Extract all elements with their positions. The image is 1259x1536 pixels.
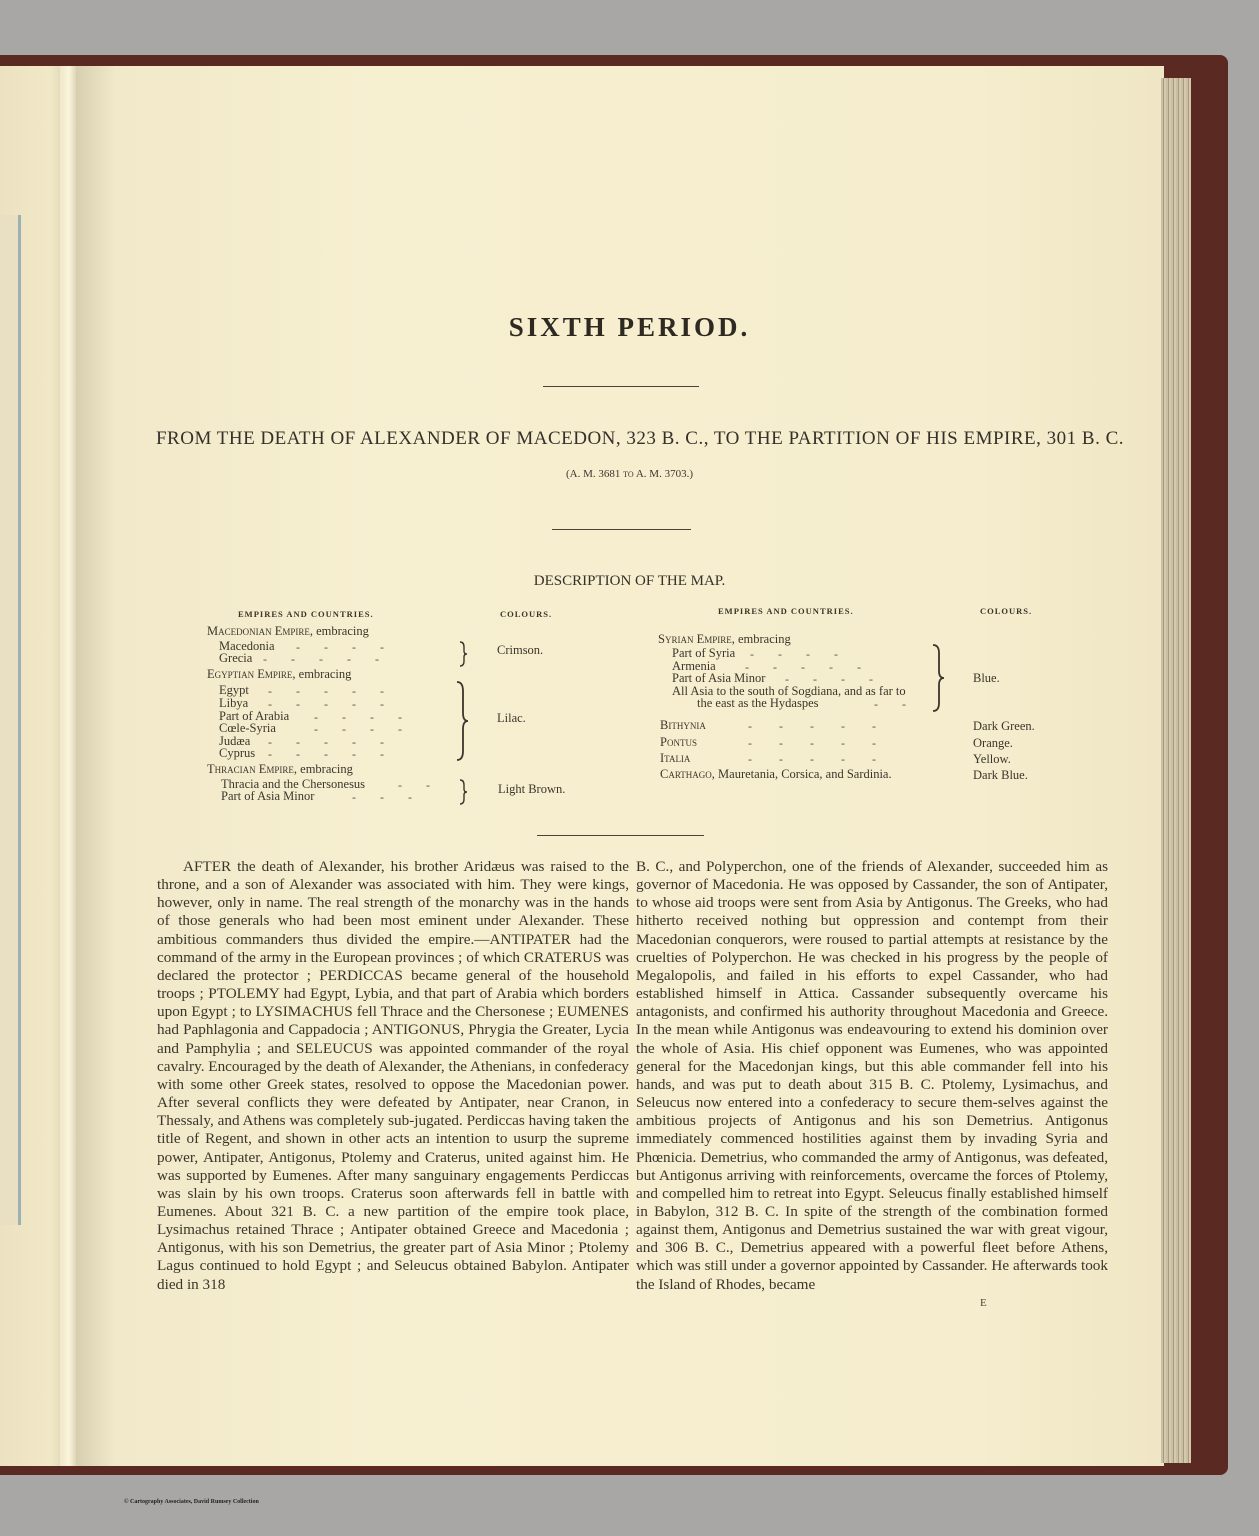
title-rule — [543, 386, 699, 387]
body-left-column: AFTER the death of Alexander, his brothe… — [157, 858, 629, 1294]
page-title: SIXTH PERIOD. — [0, 312, 1259, 343]
description-title: DESCRIPTION OF THE MAP. — [0, 573, 1259, 590]
page-edges — [1161, 78, 1191, 1463]
leader-dashes: - - - - - — [748, 719, 876, 734]
legend-rule — [537, 835, 704, 836]
legend-colour-blue: Blue. — [973, 671, 1000, 686]
legend-country: Cyprus — [219, 747, 255, 760]
legend-country: Cœle-Syria — [219, 722, 276, 735]
am-range: (A. M. 3681 TO A. M. 3703.) — [0, 468, 1259, 480]
legend-country-carthago: Carthago, Mauretania, Corsica, and Sardi… — [660, 768, 892, 781]
legend-right-header-countries: EMPIRES AND COUNTRIES. — [718, 606, 854, 616]
legend-country: Libya — [219, 697, 248, 710]
legend-country: Part of Asia Minor — [221, 790, 314, 803]
legend-colour-dark-blue: Dark Blue. — [973, 768, 1028, 783]
body-right-column: B. C., and Polyperchon, one of the frien… — [636, 858, 1108, 1294]
legend-colour-yellow: Yellow. — [973, 752, 1011, 767]
legend-colour-crimson: Crimson. — [497, 643, 543, 658]
legend-empire-syrian: Syrian Empire, embracing — [658, 633, 791, 646]
leader-dashes: - - — [874, 697, 906, 712]
legend-colour-dark-green: Dark Green. — [973, 719, 1035, 734]
left-map-edge — [0, 215, 21, 1225]
legend-empire-egyptian: Egyptian Empire, embracing — [207, 668, 351, 681]
brace-icon — [458, 641, 468, 667]
legend-colour-lilac: Lilac. — [497, 711, 526, 726]
am-range-to: TO — [623, 470, 634, 479]
page-subtitle: FROM THE DEATH OF ALEXANDER OF MACEDON, … — [140, 428, 1140, 450]
legend-country-pontus: Pontus — [660, 736, 697, 749]
legend-colour-orange: Orange. — [973, 736, 1013, 751]
leader-dashes: - - - - — [785, 672, 873, 687]
leader-dashes: - - - — [352, 790, 412, 805]
am-range-start: (A. M. 3681 — [566, 468, 620, 480]
leader-dashes: - - - - - — [748, 752, 876, 767]
legend-empire-macedonian: Macedonian Empire, embracing — [207, 625, 369, 638]
am-range-end: A. M. 3703.) — [636, 468, 693, 480]
copyright-credit: © Cartography Associates, David Rumsey C… — [124, 1499, 259, 1505]
legend-empire-thracian: Thracian Empire, embracing — [207, 763, 353, 776]
legend-right-header-colours: COLOURS. — [980, 606, 1032, 616]
legend-country-bithynia: Bithynia — [660, 719, 706, 732]
leader-dashes: - - - - - — [263, 652, 379, 667]
legend-country: Part of Syria — [672, 647, 735, 660]
brace-icon — [455, 681, 469, 761]
leader-dashes: - - - - - — [748, 736, 876, 751]
legend-country: the east as the Hydaspes — [697, 697, 819, 710]
brace-icon — [458, 779, 468, 805]
body-paragraph: B. C., and Polyperchon, one of the frien… — [636, 858, 1108, 1294]
legend-left-header-colours: COLOURS. — [500, 609, 552, 619]
subtitle-rule — [552, 529, 691, 530]
legend-country: Grecia — [219, 652, 252, 665]
body-paragraph: AFTER the death of Alexander, his brothe… — [157, 858, 629, 1294]
signature-mark: E — [980, 1297, 987, 1309]
brace-icon — [931, 644, 945, 712]
legend-colour-light-brown: Light Brown. — [498, 782, 565, 797]
leader-dashes: - - - - - — [268, 747, 384, 762]
legend-left-header-countries: EMPIRES AND COUNTRIES. — [238, 609, 374, 619]
legend-country-italia: Italia — [660, 752, 690, 765]
legend-country: Egypt — [219, 684, 249, 697]
